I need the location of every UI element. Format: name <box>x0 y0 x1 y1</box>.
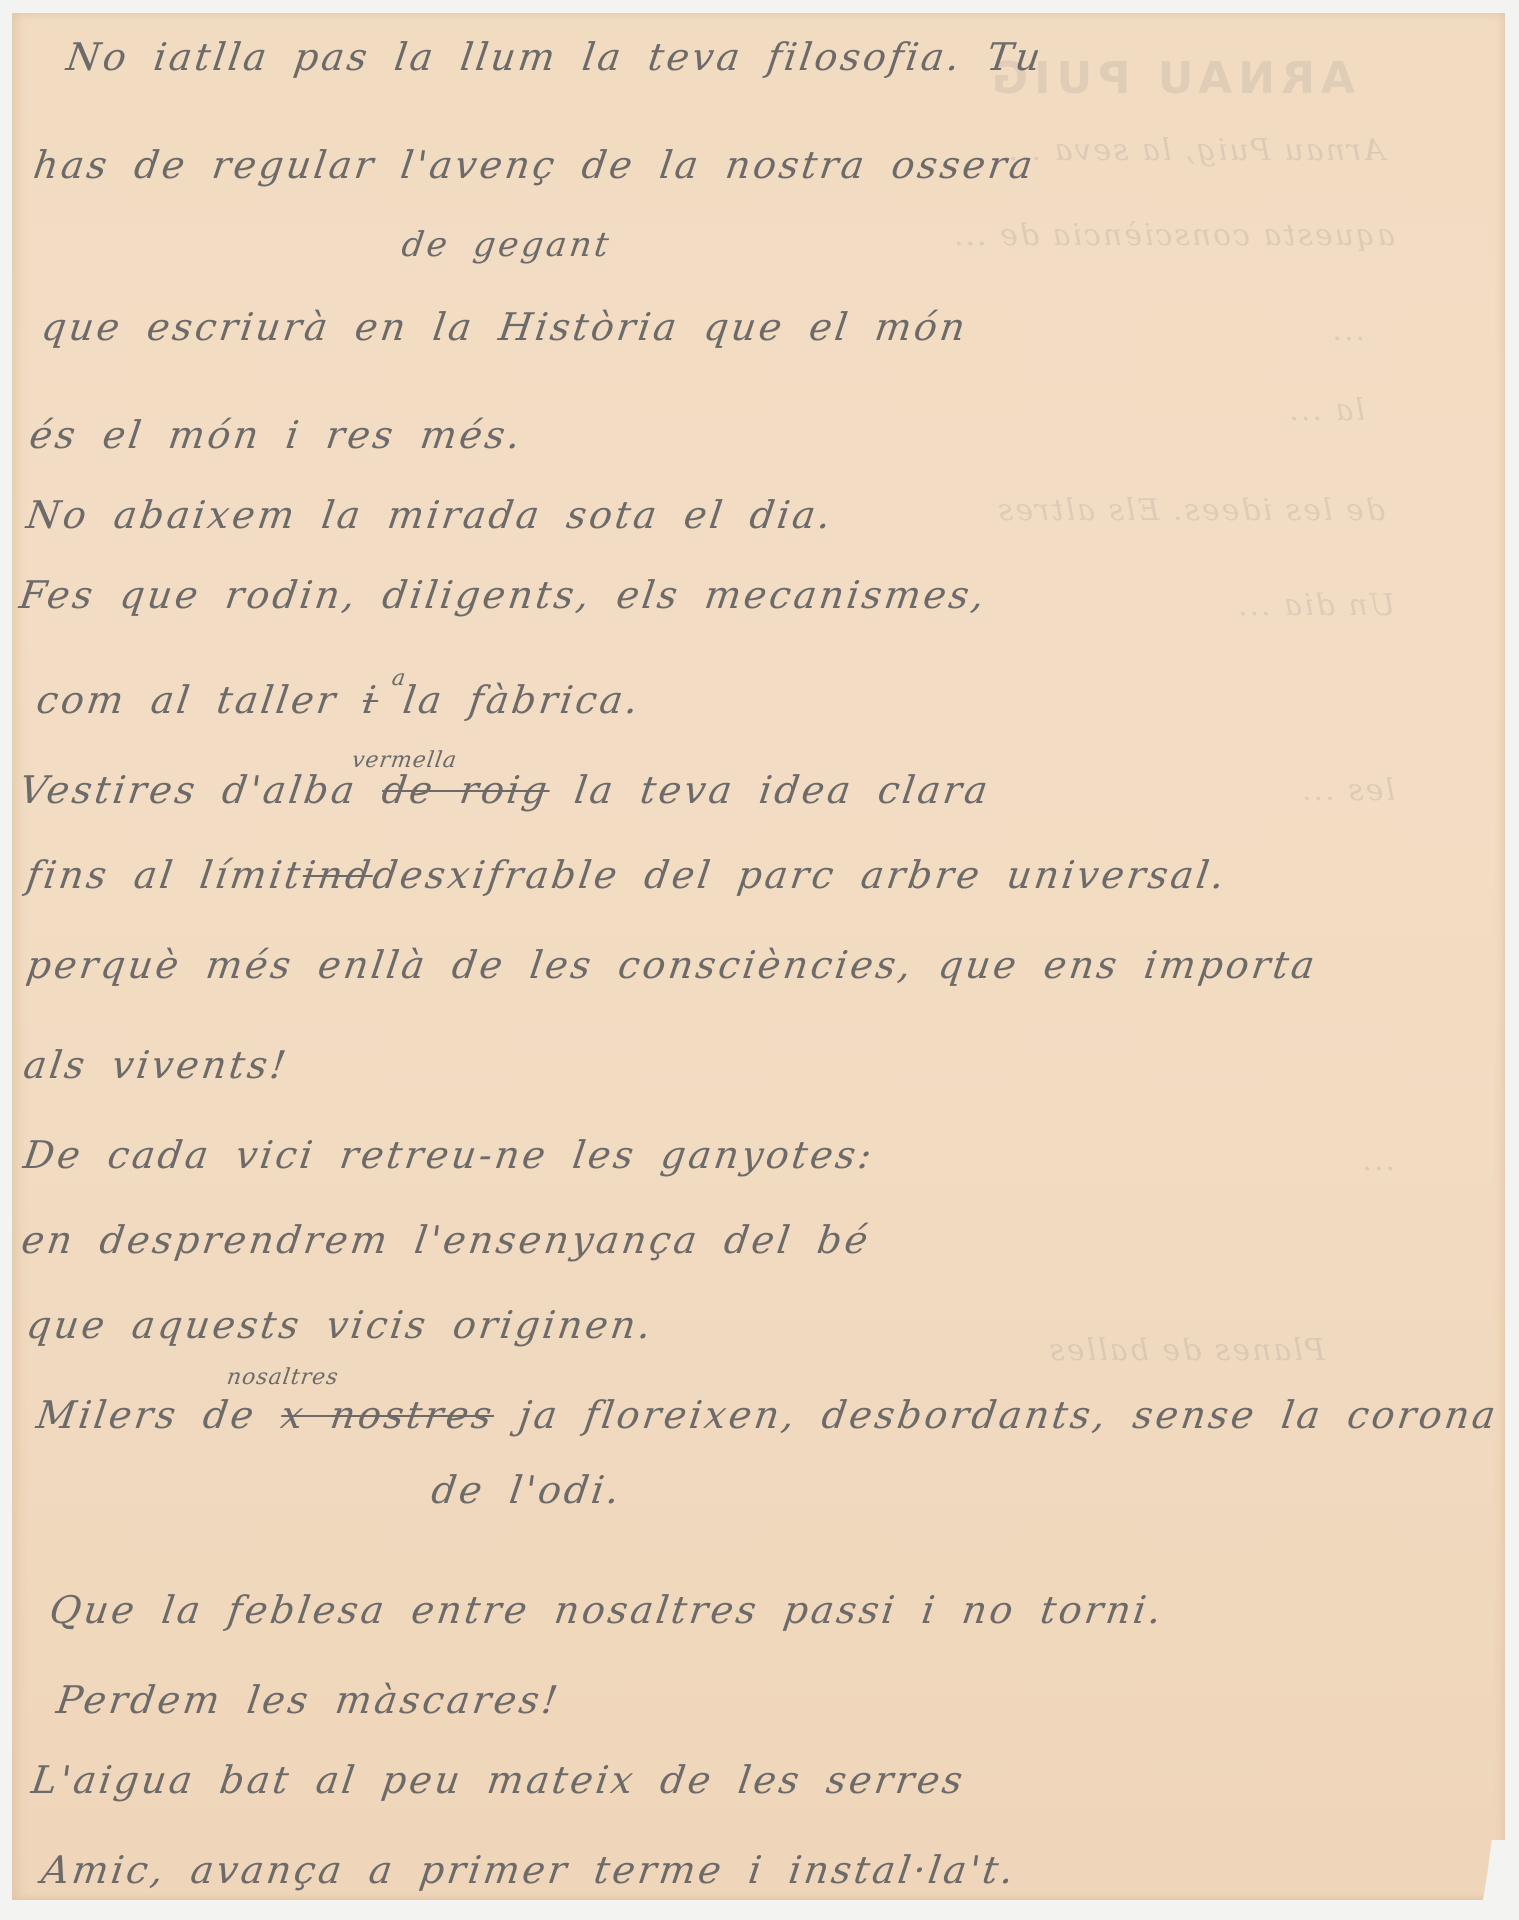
manuscript-line: Fes que rodin, diligents, els mecanismes… <box>17 573 990 617</box>
bleed-line: Arnau Puig, la seva ... <box>1006 133 1385 168</box>
line-text: la fàbrica. <box>400 678 643 722</box>
manuscript-line: Perdem les màscares! <box>54 1678 563 1722</box>
manuscript-line: has de regular l'avenç de la nostra osse… <box>31 143 1038 187</box>
bleed-line: ... <box>1360 1143 1395 1178</box>
line-text: desxifrable del parc arbre universal. <box>370 853 1230 897</box>
manuscript-line: Que la feblesa entre nosaltres passi i n… <box>47 1588 1167 1632</box>
struck-word: ind <box>300 853 376 897</box>
bleed-line: Un dia ... <box>1236 588 1395 623</box>
line-text: com al taller <box>34 678 341 722</box>
manuscript-line: L'aigua bat al peu mateix de les serres <box>29 1758 968 1802</box>
struck-word: de roig <box>379 768 553 812</box>
line-text: la teva idea clara <box>572 768 994 812</box>
interlinear-insertion: nosaltres <box>225 1365 340 1390</box>
interlinear-insertion: vermella <box>350 748 459 773</box>
struck-word: x nostres <box>278 1393 497 1437</box>
manuscript-sheet: ARNAU PUIG Arnau Puig, la seva ... aques… <box>12 13 1505 1900</box>
manuscript-line: No abaixem la mirada sota el dia. <box>24 493 836 537</box>
manuscript-line: Amic, avança a primer terme i instal·la'… <box>39 1848 1019 1892</box>
manuscript-line-revised: com al taller i la fàbrica. <box>34 678 644 722</box>
bleed-line: de les idees. Els altres <box>996 493 1385 528</box>
bleed-line: la ... <box>1287 393 1365 428</box>
manuscript-line: és el món i res més. <box>27 413 526 457</box>
manuscript-line-revised: Vestires d'alba de roig la teva idea cla… <box>17 768 993 812</box>
manuscript-line: que aquests vicis originen. <box>24 1303 657 1347</box>
manuscript-line: als vivents! <box>21 1043 292 1087</box>
manuscript-line: en desprendrem l'ensenyança del bé <box>19 1218 874 1262</box>
manuscript-line: de l'odi. <box>429 1468 625 1512</box>
manuscript-line-insertion: de gegant <box>399 225 614 265</box>
line-text: ja floreixen, desbordants, sense la coro… <box>516 1393 1501 1437</box>
manuscript-line: perquè més enllà de les consciències, qu… <box>24 943 1320 987</box>
bleed-line: aquesta consciència de ... <box>952 218 1395 253</box>
bleed-line: Planes de balles <box>1047 1333 1325 1368</box>
bleed-line: ... <box>1330 313 1365 348</box>
manuscript-line: No iatlla pas la llum la teva filosofia.… <box>64 35 1046 79</box>
manuscript-line: que escriurà en la Història que el món <box>39 305 971 349</box>
manuscript-line: De cada vici retreu-ne les ganyotes: <box>21 1133 877 1177</box>
scanned-page: ARNAU PUIG Arnau Puig, la seva ... aques… <box>0 0 1519 1920</box>
bleed-line: les ... <box>1300 773 1395 808</box>
manuscript-line-revised: fins al límitinddesxifrable del parc arb… <box>24 853 1230 897</box>
manuscript-line-revised: Milers de x nostres ja floreixen, desbor… <box>34 1393 1501 1437</box>
line-text: Vestires d'alba <box>17 768 360 812</box>
line-text: fins al límit <box>24 853 306 897</box>
line-text: Milers de <box>34 1393 259 1437</box>
struck-word: i <box>360 678 381 722</box>
